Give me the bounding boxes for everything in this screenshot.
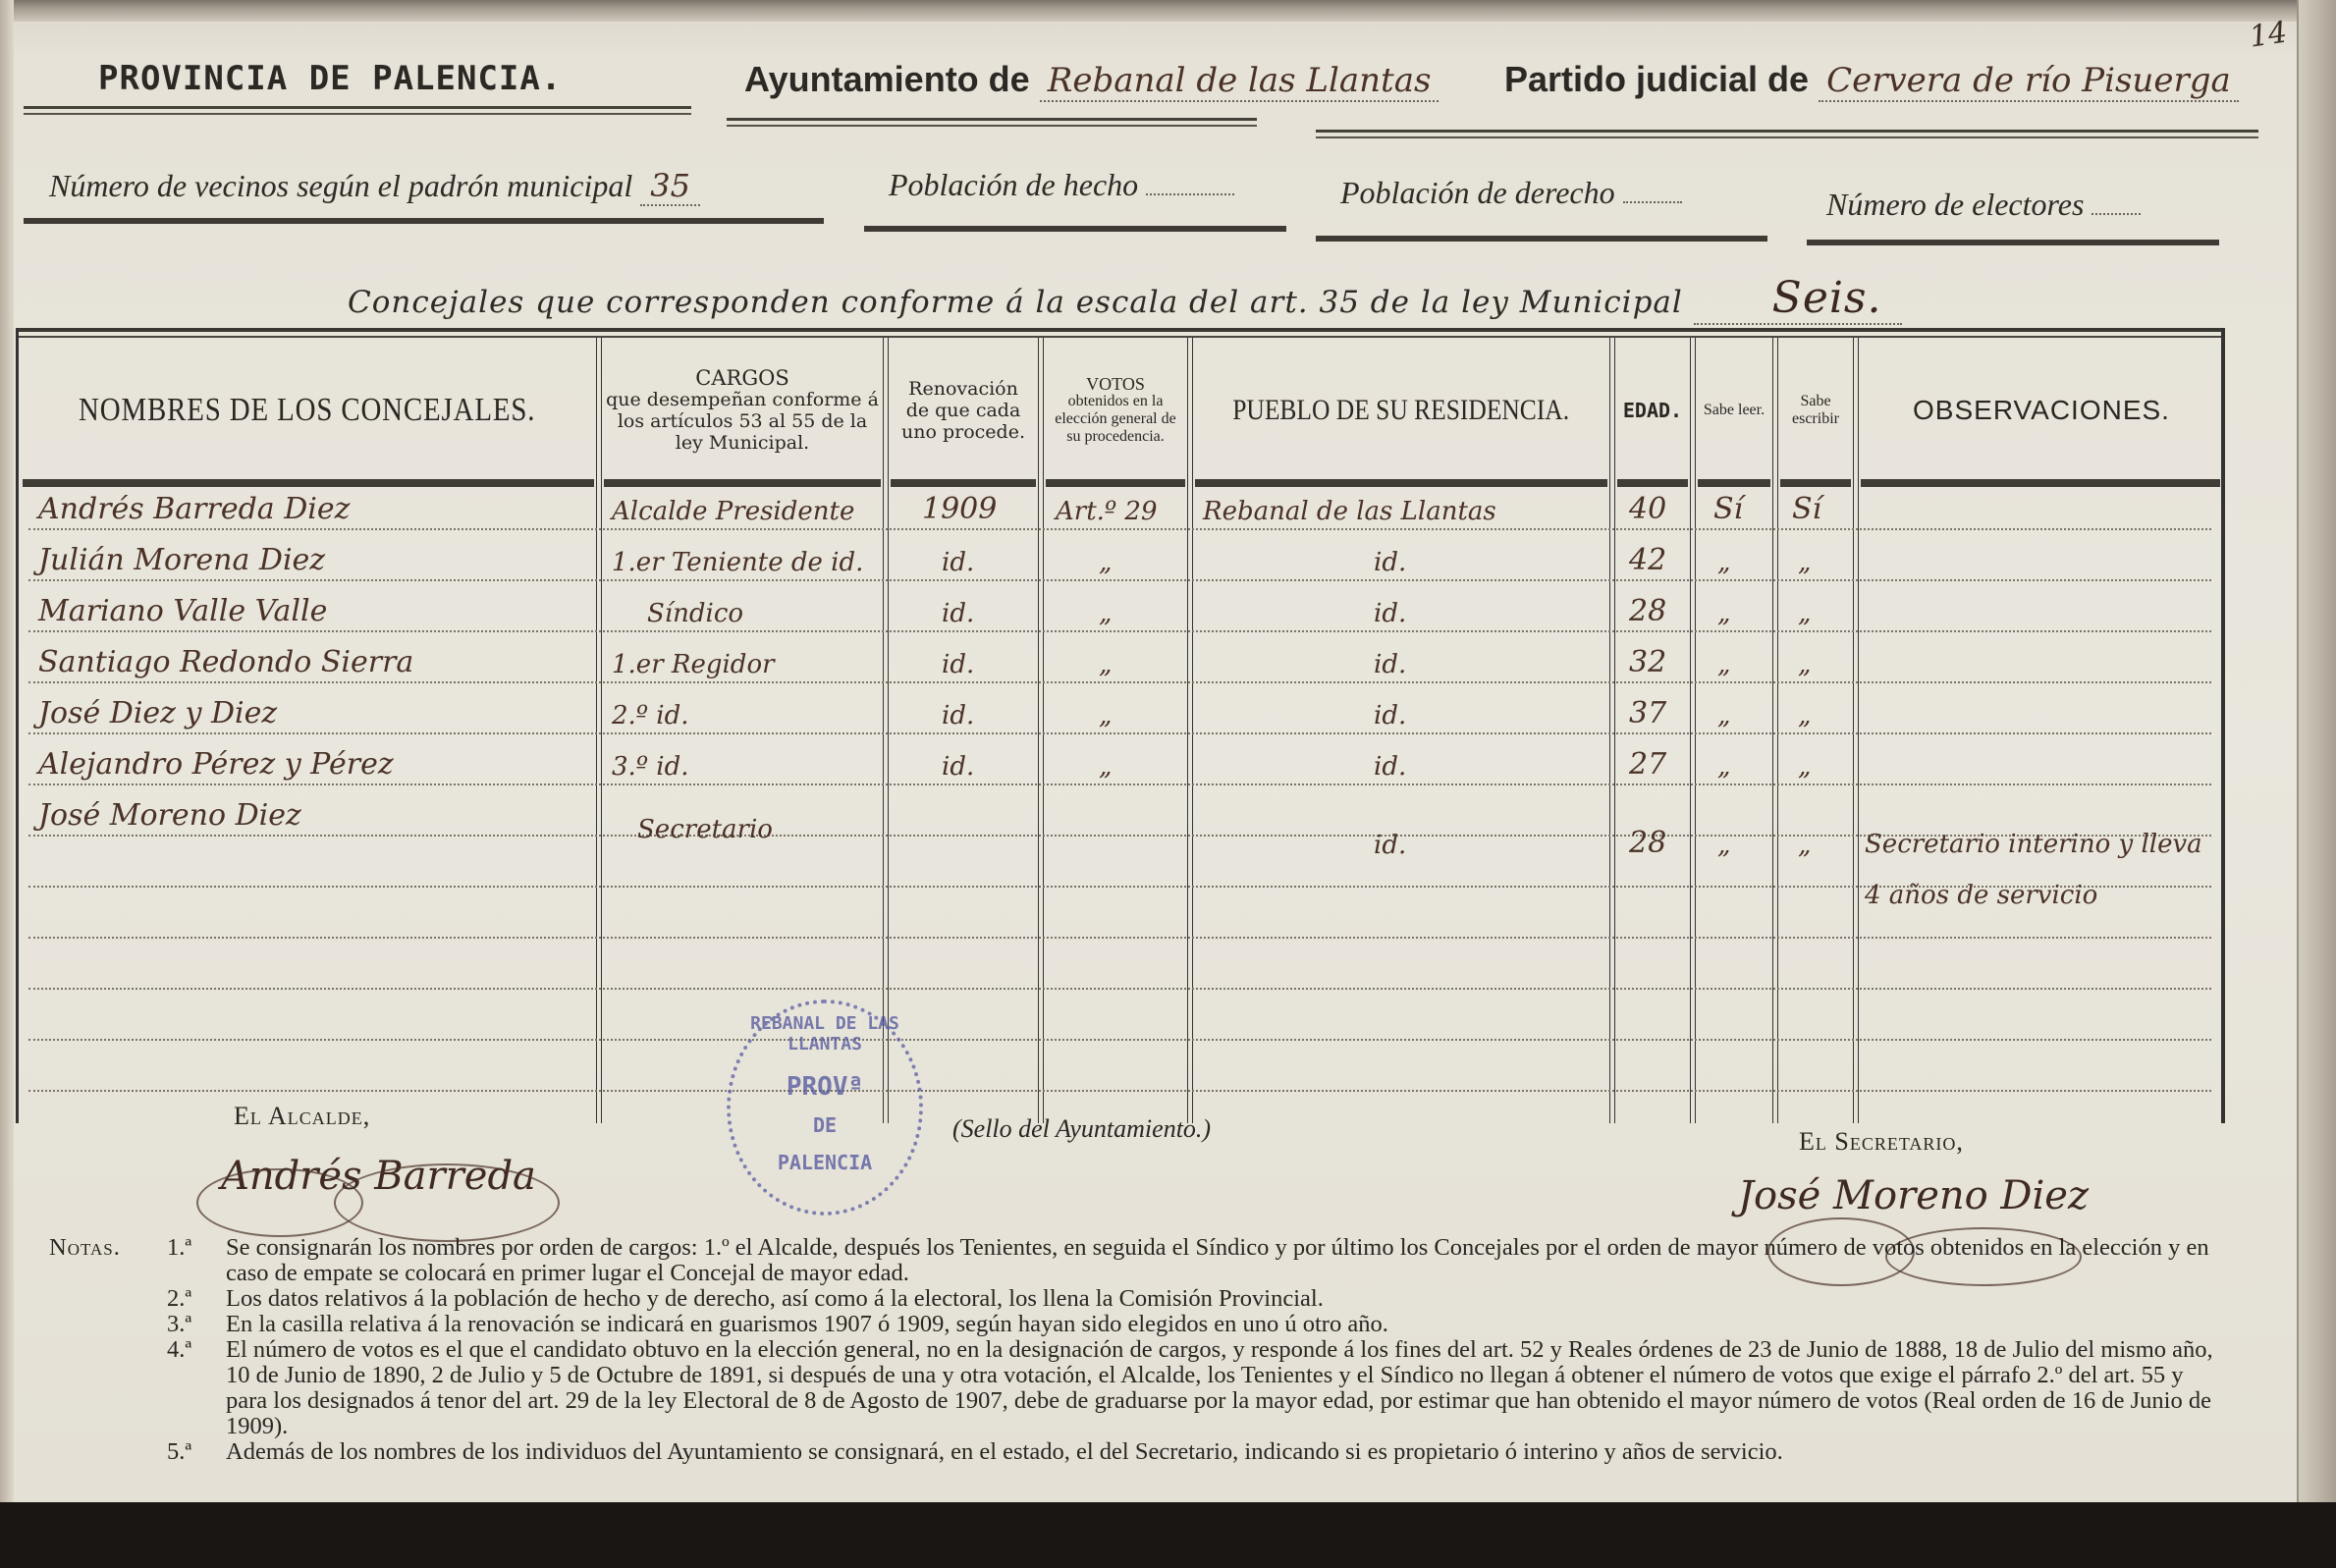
row-nombre: José Moreno Diez [38,787,588,838]
rule [24,218,824,224]
electores-value [2092,205,2141,215]
vecinos-label: Número de vecinos según el padrón munici… [49,168,632,203]
header-sabe-escribir-text: Sabe escribir [1782,393,1849,428]
row-cargo: 1.er Teniente de id. [612,532,877,583]
note-number: 5.ª [167,1439,191,1465]
row-leer: „ [1717,736,1757,787]
row-pueblo: id. [1374,583,1452,634]
header-votos: VOTOS obtenidos en la elección general d… [1044,344,1187,477]
header-cargos: CARGOS que desempeñan conforme á los art… [602,344,883,477]
row-edad: 40 [1629,481,1688,532]
row-leer: „ [1717,532,1757,583]
rule [24,106,691,115]
note-text: Los datos relativos á la población de he… [226,1286,2219,1312]
row-votos: „ [1099,634,1158,685]
row-edad: 32 [1629,634,1688,685]
row-escribir: „ [1798,634,1837,685]
row-pueblo: id. [1374,815,1452,866]
municipal-stamp: REBANAL DE LAS LLANTAS PROVª DE PALENCIA [727,1000,923,1216]
row-votos: „ [1099,583,1158,634]
rule [864,226,1286,232]
row-renovacion: 1909 [922,481,1030,532]
partido-value: Cervera de río Pisuerga [1819,61,2239,102]
hecho-label: Población de hecho [889,167,1138,202]
row-observaciones: Secretario interino y lleva 4 años de se… [1865,819,2218,917]
hecho-value [1146,186,1234,195]
row-cargo: 2.º id. [612,685,877,736]
row-edad: 28 [1629,583,1688,634]
row-edad: 37 [1629,685,1688,736]
sello-label: (Sello del Ayuntamiento.) [952,1114,1211,1144]
concejales-value: Seis. [1694,273,1902,325]
row-renovacion: id. [942,685,1020,736]
row-guide [28,988,2211,990]
rule [1861,479,2220,487]
row-renovacion: id. [942,583,1020,634]
rule [1316,236,1767,242]
row-cargo: 1.er Regidor [612,634,877,685]
row-escribir: „ [1798,685,1837,736]
row-pueblo: id. [1374,736,1452,787]
table-top-rule [19,328,2221,338]
page-edge-top [0,0,2336,22]
page-edge-left [0,0,14,1502]
note-text: Se consignarán los nombres por orden de … [226,1235,2219,1286]
row-renovacion: id. [942,532,1020,583]
row-leer: Sí [1713,481,1763,532]
stamp-line-1: PROVª [731,1072,919,1102]
ayuntamiento-field: Ayuntamiento de Rebanal de las Llantas [744,59,1439,100]
row-guide [28,1090,2211,1092]
row-escribir: „ [1798,736,1837,787]
concejales-field: Concejales que corresponden conforme á l… [348,273,1902,323]
page-edge-right [2297,0,2336,1502]
note-item: 2.ª Los datos relativos á la población d… [49,1286,2219,1312]
note-item: 4.ª El número de votos es el que el cand… [49,1337,2219,1439]
electores-field: Número de electores [1826,187,2141,223]
row-leer: „ [1717,583,1757,634]
header-renovacion: Renovación de que cada uno procede. [889,344,1038,477]
rule [727,118,1257,127]
row-pueblo: Rebanal de las Llantas [1203,481,1605,532]
row-guide [28,937,2211,939]
rule [1316,130,2258,138]
header-votos-title: VOTOS [1086,375,1145,393]
partido-label: Partido judicial de [1504,59,1809,99]
row-nombre: José Diez y Diez [38,685,588,736]
secretario-label: El Secretario, [1799,1127,1964,1157]
concejales-table: NOMBRES DE LOS CONCEJALES. CARGOS que de… [16,328,2225,1123]
secretario-signature: José Moreno Diez [1738,1173,2089,1218]
note-item: 3.ª En la casilla relativa á la renovaci… [49,1312,2219,1337]
note-number: 2.ª [167,1286,191,1312]
row-escribir: Sí [1792,481,1841,532]
row-nombre: Alejandro Pérez y Pérez [38,736,588,787]
row-nombre: Mariano Valle Valle [38,583,588,634]
row-guide [28,1039,2211,1041]
hecho-field: Población de hecho [889,167,1234,203]
header-sabe-leer: Sabe leer. [1696,344,1772,477]
signature-flourish [334,1163,560,1242]
row-renovacion: id. [942,634,1020,685]
row-edad: 28 [1629,815,1688,866]
row-pueblo: id. [1374,532,1452,583]
row-pueblo: id. [1374,685,1452,736]
row-nombre: Santiago Redondo Sierra [38,634,588,685]
row-nombre: Andrés Barreda Diez [38,481,588,532]
partido-field: Partido judicial de Cervera de río Pisue… [1504,59,2239,100]
rule [1807,240,2219,245]
note-text: En la casilla relativa á la renovación s… [226,1312,2219,1337]
electores-label: Número de electores [1826,187,2084,222]
header-nombres-text: NOMBRES DE LOS CONCEJALES. [79,392,535,429]
header-cargos-title: CARGOS [695,367,788,389]
header-observaciones: OBSERVACIONES. [1859,344,2224,477]
row-cargo: Alcalde Presidente [612,481,877,532]
note-text: El número de votos es el que el candidat… [226,1337,2219,1439]
header-votos-sub: obtenidos en la elección general de su p… [1048,393,1183,446]
derecho-field: Población de derecho [1340,175,1682,211]
note-text: Además de los nombres de los individuos … [226,1439,2219,1465]
row-votos: „ [1099,685,1158,736]
row-cargo: 3.º id. [612,736,877,787]
row-leer: „ [1717,685,1757,736]
derecho-value [1623,193,1682,203]
row-renovacion: id. [942,736,1020,787]
row-votos: Art.º 29 [1056,481,1183,532]
document-page: 14 PROVINCIA DE PALENCIA. Ayuntamiento d… [0,0,2336,1502]
header-sabe-leer-text: Sabe leer. [1704,402,1765,419]
header-sabe-escribir: Sabe escribir [1778,344,1853,477]
row-escribir: „ [1798,815,1837,866]
row-votos: „ [1099,736,1158,787]
note-item: 5.ª Además de los nombres de los individ… [49,1439,2219,1465]
row-votos: „ [1099,532,1158,583]
vecinos-field: Número de vecinos según el padrón munici… [49,167,700,206]
row-escribir: „ [1798,532,1837,583]
alcalde-label: El Alcalde, [234,1102,370,1131]
vecinos-value: 35 [640,167,700,206]
note-number: 4.ª [167,1337,191,1363]
folio-number: 14 [2248,16,2290,55]
row-escribir: „ [1798,583,1837,634]
header-pueblo-text: PUEBLO DE SU RESIDENCIA. [1233,394,1570,427]
header-nombres: NOMBRES DE LOS CONCEJALES. [19,344,596,477]
row-cargo: Síndico [647,583,873,634]
row-pueblo: id. [1374,634,1452,685]
note-number: 3.ª [167,1312,191,1337]
provincia-title: PROVINCIA DE PALENCIA. [98,59,562,98]
header-renovacion-text: Renovación de que cada uno procede. [895,378,1032,443]
notes-section: Notas. 1.ª Se consignarán los nombres po… [49,1235,2219,1465]
row-cargo: Secretario [637,799,873,850]
header-edad: EDAD. [1615,344,1690,477]
row-edad: 27 [1629,736,1688,787]
concejales-label: Concejales que corresponden conforme á l… [348,285,1683,320]
note-item: 1.ª Se consignarán los nombres por orden… [49,1235,2219,1286]
derecho-label: Población de derecho [1340,175,1615,210]
header-pueblo: PUEBLO DE SU RESIDENCIA. [1193,344,1609,477]
row-edad: 42 [1629,532,1688,583]
stamp-line-3: PALENCIA [731,1151,919,1174]
row-leer: „ [1717,634,1757,685]
row-leer: „ [1717,815,1757,866]
header-observaciones-text: OBSERVACIONES. [1913,395,2170,426]
stamp-ring-text: REBANAL DE LAS LLANTAS [731,1013,919,1054]
ayuntamiento-value: Rebanal de las Llantas [1040,61,1440,102]
row-nombre: Julián Morena Diez [38,532,588,583]
note-number: 1.ª [167,1235,191,1261]
header-cargos-sub: que desempeñan conforme á los artículos … [602,389,883,454]
stamp-line-2: DE [731,1113,919,1137]
header-edad-text: EDAD. [1623,399,1682,422]
ayuntamiento-label: Ayuntamiento de [744,59,1030,99]
